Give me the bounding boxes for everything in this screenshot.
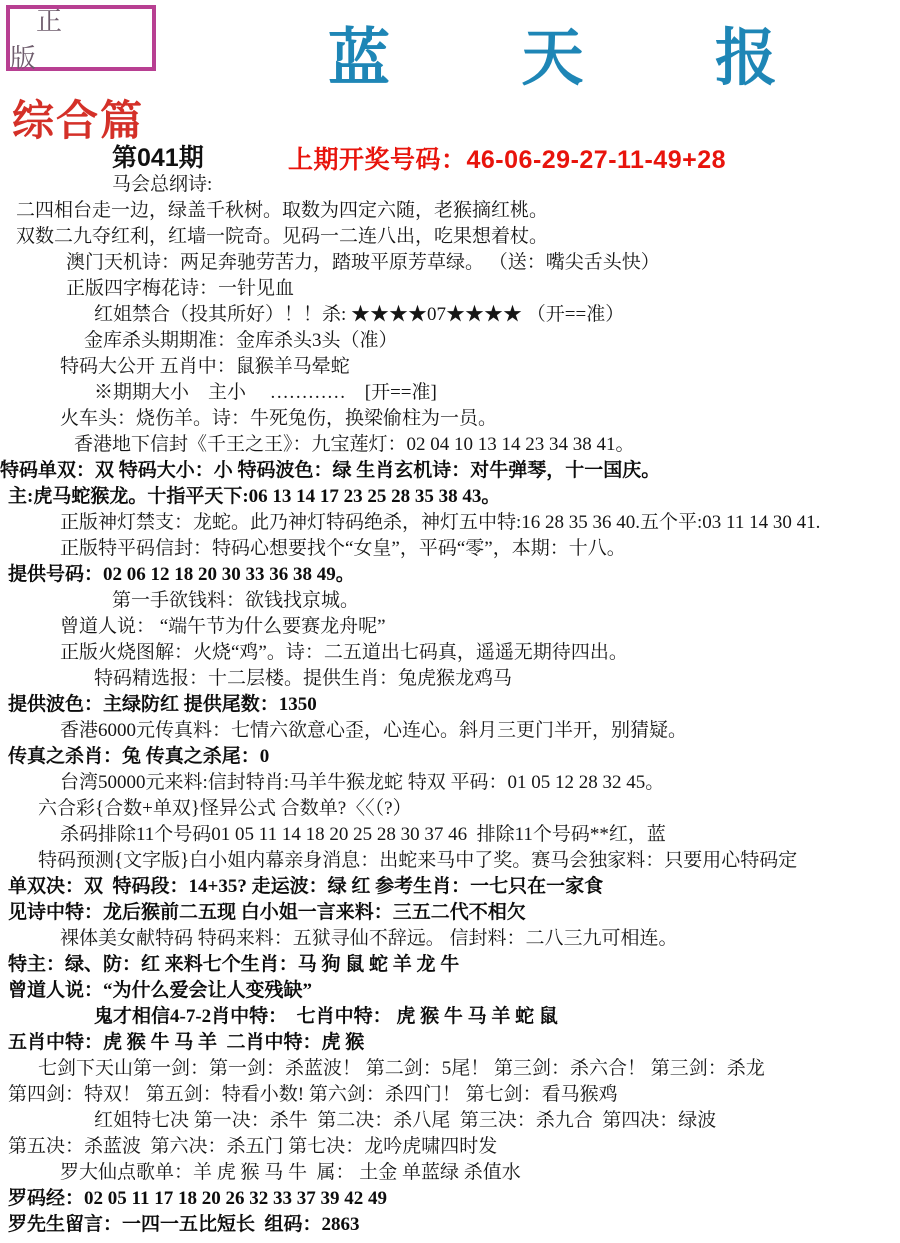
body-line: 鬼才相信4-7-2肖中特： 七肖中特： 虎 猴 牛 马 羊 蛇 鼠 <box>0 1004 900 1030</box>
body-line: 单双决：双 特码段：14+35? 走运波：绿 红 参考生肖：一七只在一家食 <box>0 874 900 900</box>
body-line: 特码大公开 五肖中：鼠猴羊马晕蛇 <box>0 354 900 380</box>
body-line: 曾道人说：“为什么爱会让人变残缺” <box>0 978 900 1004</box>
body-line: 七剑下天山第一剑：第一剑：杀蓝波！ 第二剑：5尾！ 第三剑：杀六合！ 第三剑：杀… <box>0 1056 900 1082</box>
body-line: 特码预测{文字版}白小姐内幕亲身消息：出蛇来马中了奖。赛马会独家料：只要用心特码… <box>0 848 900 874</box>
body-line: 香港6000元传真料：七情六欲意心歪，心连心。斜月三更门半开，别猜疑。 <box>0 718 900 744</box>
body-line: 罗码经：02 05 11 17 18 20 26 32 33 37 39 42 … <box>0 1186 900 1212</box>
body-line: 罗先生留言：一四一五比短长 组码：2863 <box>0 1212 900 1238</box>
body-line: 正版特平码信封：特码心想要找个“女皇”，平码“零”，本期：十八。 <box>0 536 900 562</box>
body-line: 台湾50000元来料:信封特肖:马羊牛猴龙蛇 特双 平码：01 05 12 28… <box>0 770 900 796</box>
body-line: 杀码排除11个号码01 05 11 14 18 20 25 28 30 37 4… <box>0 822 900 848</box>
body-line: 澳门天机诗：两足奔驰劳苦力，踏玻平原芳草绿。 （送：嘴尖舌头快） <box>0 250 900 276</box>
body-line: 第五决：杀蓝波 第六决：杀五门 第七决：龙吟虎啸四时发 <box>0 1134 900 1160</box>
body-line: 主:虎马蛇猴龙。十指平天下:06 13 14 17 23 25 28 35 38… <box>0 484 900 510</box>
body-line: 特码精选报：十二层楼。提供生肖：兔虎猴龙鸡马 <box>0 666 900 692</box>
body-line: 罗大仙点歌单：羊 虎 猴 马 牛 属： 土金 单蓝绿 杀值水 <box>0 1160 900 1186</box>
body-line: 见诗中特：龙后猴前二五现 白小姐一言来料：三五二代不相欠 <box>0 900 900 926</box>
body-line: 六合彩{合数+单双}怪异公式 合数单?〈〈（?） <box>0 796 900 822</box>
body-line: 正版神灯禁支：龙蛇。此乃神灯特码绝杀，神灯五中特:16 28 35 36 40.… <box>0 510 900 536</box>
page-title: 蓝 天 报 <box>300 8 780 97</box>
body-line: 正版四字梅花诗：一针见血 <box>0 276 900 302</box>
body-line: 香港地下信封《千王之王》：九宝莲灯：02 04 10 13 14 23 34 3… <box>0 432 900 458</box>
body-line: 提供号码：02 06 12 18 20 30 33 36 38 49。 <box>0 562 900 588</box>
body-line: 提供波色：主绿防红 提供尾数：1350 <box>0 692 900 718</box>
body-line: 裸体美女献特码 特码来料：五狱寻仙不辞远。 信封料：二八三九可相连。 <box>0 926 900 952</box>
body-line: ※期期大小 主小 ………… [开==准] <box>0 380 900 406</box>
body-line: 双数二九夺红利，红墙一院奇。见码一二连八出，吃果想着杖。 <box>0 224 900 250</box>
last-draw-numbers: 上期开奖号码：46-06-29-27-11-49+28 <box>288 140 726 176</box>
newspaper-page: 正 版 蓝 天 报 综合篇 第041期 上期开奖号码：46-06-29-27-1… <box>0 0 900 1243</box>
body-line: 红姐特七决 第一决：杀牛 第二决：杀八尾 第三决：杀九合 第四决：绿波 <box>0 1108 900 1134</box>
body-line: 马会总纲诗: <box>0 172 900 198</box>
body-line: 第四剑：特双！ 第五剑：特看小数! 第六剑：杀四门！ 第七剑：看马猴鸡 <box>0 1082 900 1108</box>
body-line: 红姐禁合（投其所好）！！杀: ★★★★07★★★★ （开==准） <box>0 302 900 328</box>
body-line: 二四相台走一边，绿盖千秋树。取数为四定六随，老猴摘红桃。 <box>0 198 900 224</box>
body-line: 特码单双：双 特码大小：小 特码波色：绿 生肖玄机诗：对牛弹琴，十一国庆。 <box>0 458 900 484</box>
body-line: 正版火烧图解：火烧“鸡”。诗：二五道出七码真，遥遥无期待四出。 <box>0 640 900 666</box>
body-line: 火车头：烧伤羊。诗：牛死兔伤，换梁偷柱为一员。 <box>0 406 900 432</box>
body-line: 传真之杀肖：兔 传真之杀尾：0 <box>0 744 900 770</box>
body-lines: 马会总纲诗:二四相台走一边，绿盖千秋树。取数为四定六随，老猴摘红桃。双数二九夺红… <box>0 172 900 1238</box>
issue-number: 第041期 <box>112 138 204 174</box>
body-line: 曾道人说： “端午节为什么要赛龙舟呢” <box>0 614 900 640</box>
edition-badge: 正 版 <box>6 5 156 71</box>
body-line: 特主：绿、防：红 来料七个生肖：马 狗 鼠 蛇 羊 龙 牛 <box>0 952 900 978</box>
body-line: 五肖中特：虎 猴 牛 马 羊 二肖中特：虎 猴 <box>0 1030 900 1056</box>
body-line: 金库杀头期期准：金库杀头3头（准） <box>0 328 900 354</box>
body-line: 第一手欲钱料：欲钱找京城。 <box>0 588 900 614</box>
